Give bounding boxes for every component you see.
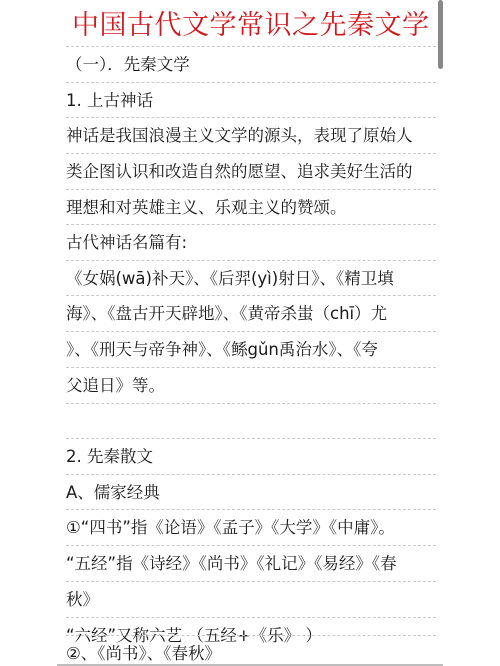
vertical-scrollbar[interactable] [438, 0, 443, 69]
paragraph-line: 父追日》等。 [66, 368, 440, 403]
paragraph-line: “五经”指《诗经》《尚书》《礼记》《易经》《春 [66, 546, 440, 581]
page-title: 中国古代文学常识之先秦文学 [72, 6, 430, 46]
section-heading: （一）．先秦文学 [66, 47, 440, 82]
paragraph-line: 神话是我国浪漫主义文学的源头，表现了原始人 [66, 118, 440, 153]
document-page: 中国古代文学常识之先秦文学 （一）．先秦文学 1. 上古神话 神话是我国浪漫主义… [66, 0, 436, 666]
paragraph-line: 秋》 [66, 582, 440, 617]
paragraph-line: A、儒家经典 [66, 475, 440, 510]
subsection-heading: 2. 先秦散文 [66, 439, 440, 474]
blank-line [66, 404, 440, 439]
paragraph-line: 类企图认识和改造自然的愿望、追求美好生活的 [66, 154, 440, 189]
paragraph-line: ②、《尚书》、《春秋》 [66, 636, 440, 666]
paragraph-line: ①“四书”指《论语》《孟子》《大学》《中庸》。 [66, 510, 440, 545]
paragraph-line: 》、《刑天与帝争神》、《鲧gǔn禹治水》、《夸 [66, 332, 440, 367]
subsection-heading: 1. 上古神话 [66, 83, 440, 118]
paragraph-line: 理想和对英雄主义、乐观主义的赞颂。 [66, 190, 440, 225]
paragraph-line: 《女娲(wā)补天》、《后羿(yì)射日》、《精卫填 [66, 261, 440, 296]
paragraph-line: 古代神话名篇有: [66, 225, 440, 260]
paragraph-line: 海》、《盘古开天辟地》、《黄帝杀蚩（chī）尤 [66, 296, 440, 331]
